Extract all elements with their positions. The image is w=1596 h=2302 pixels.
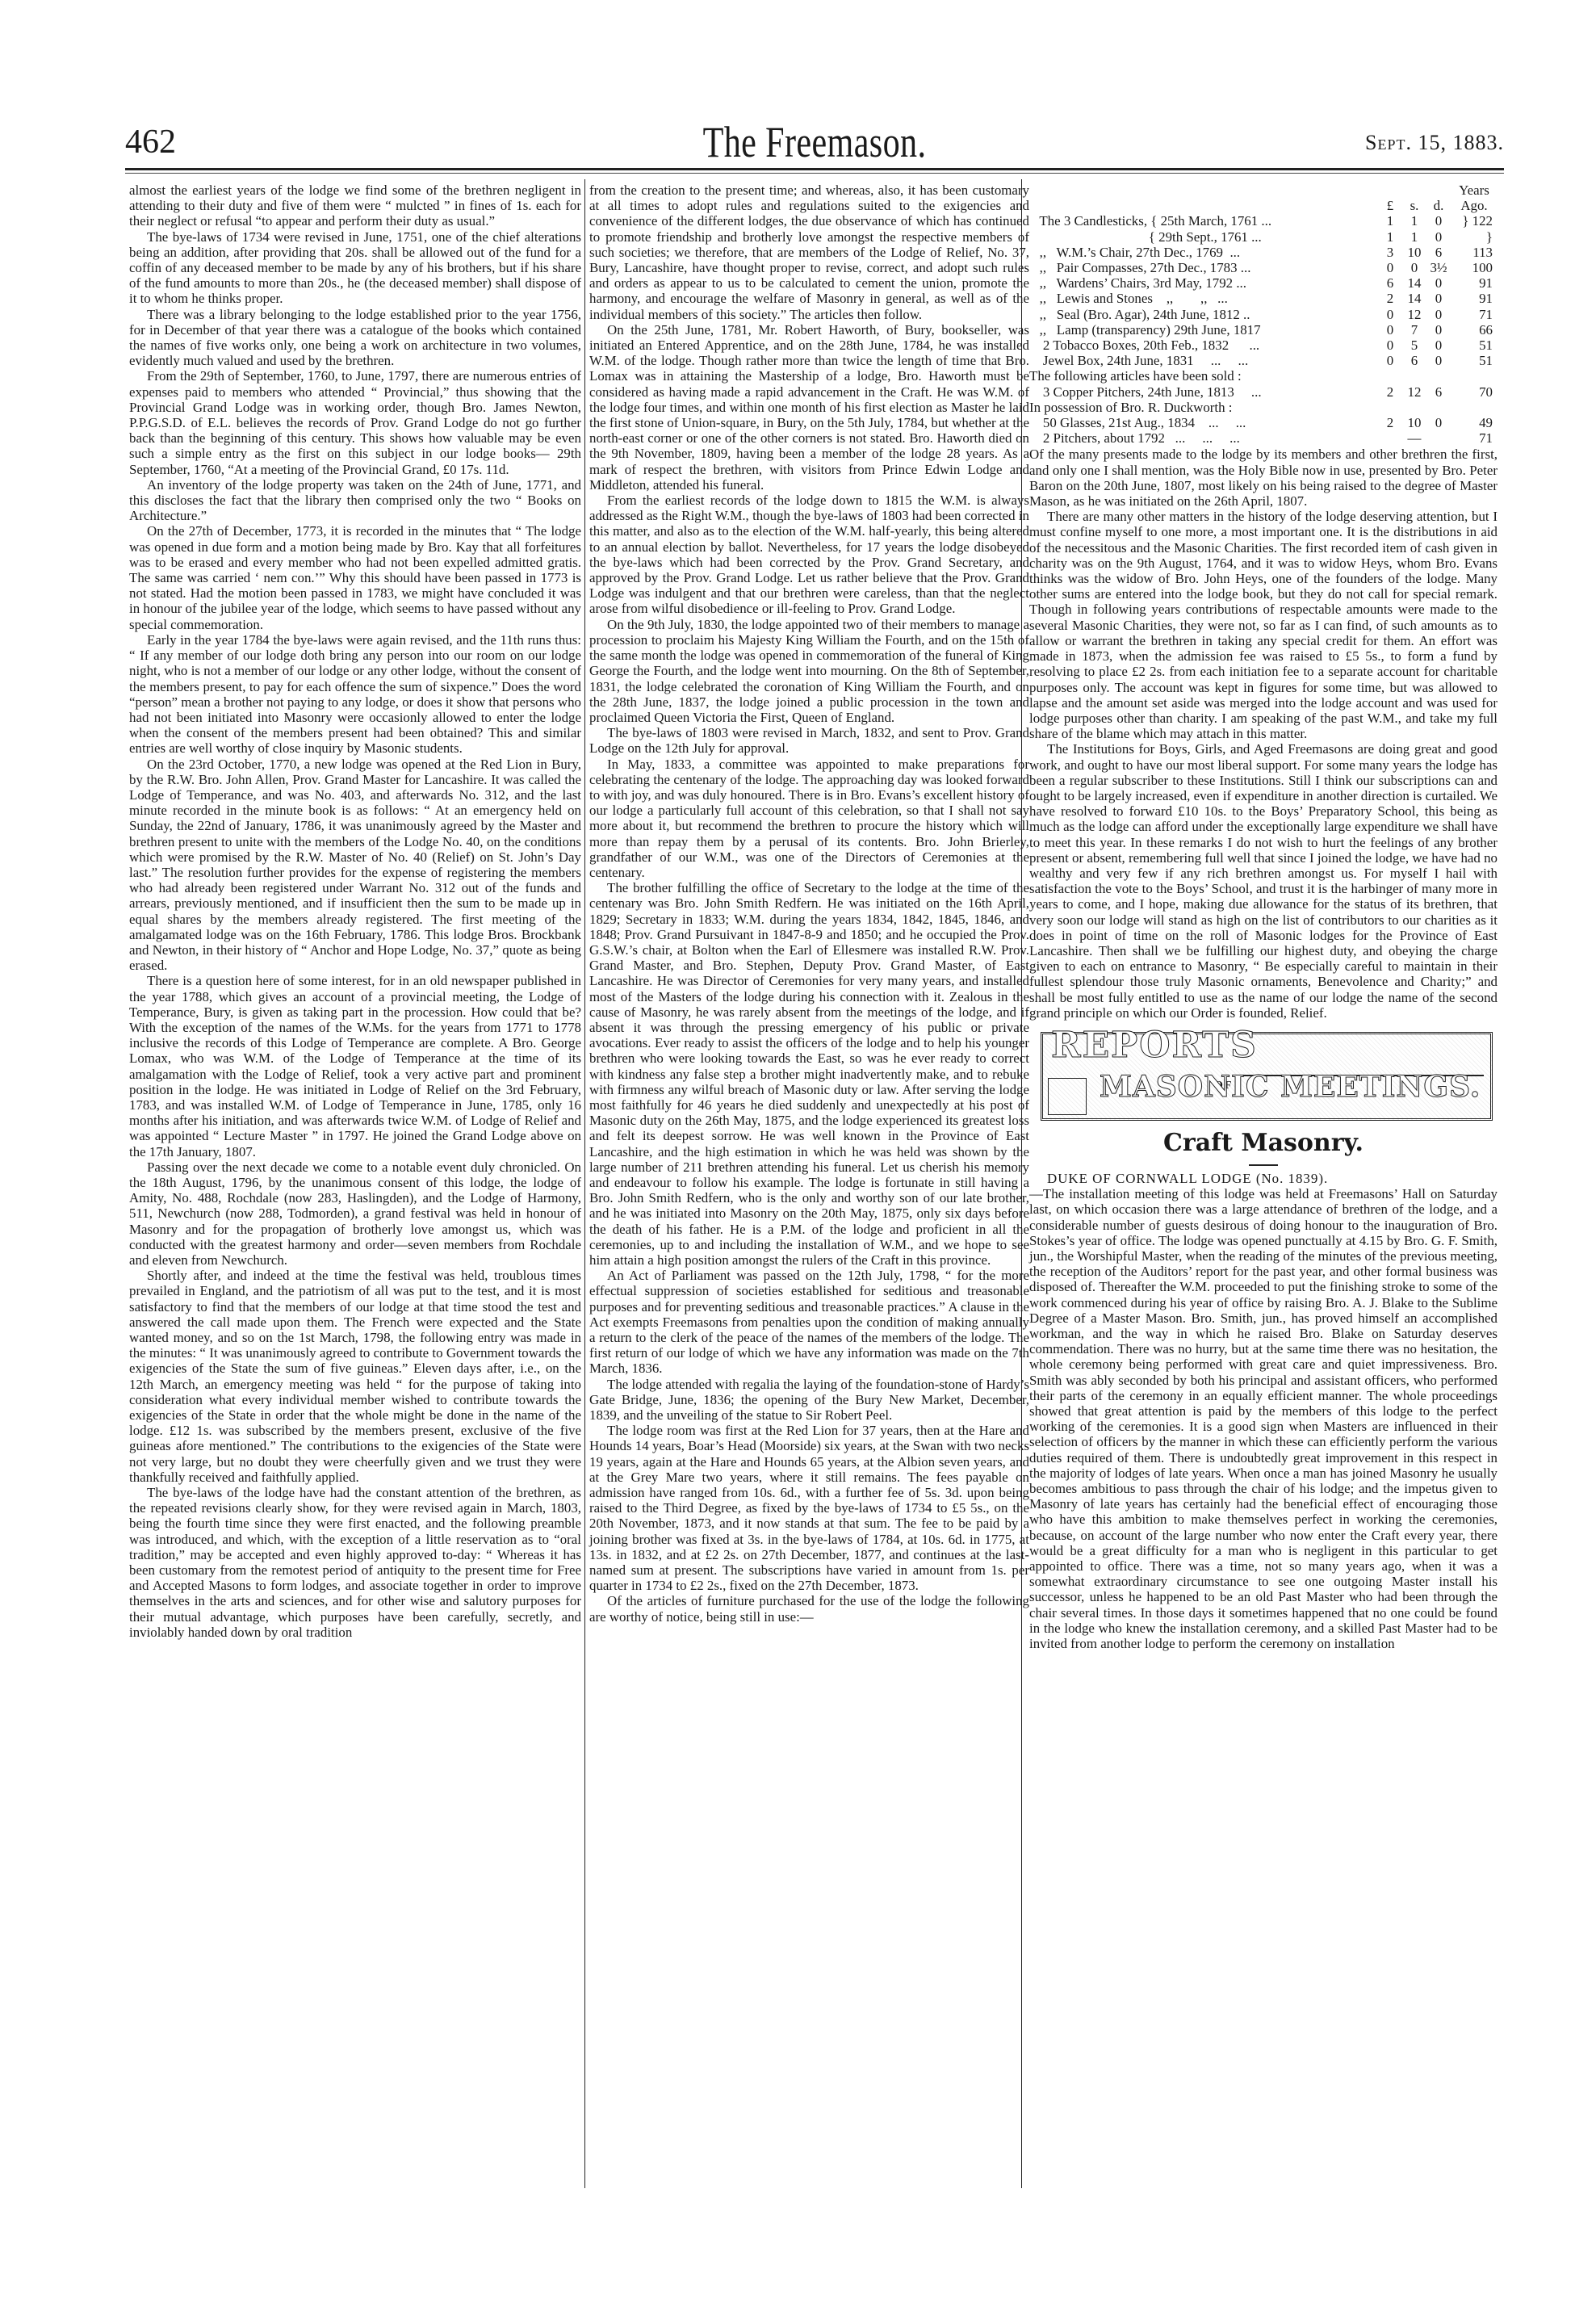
paragraph: The lodge attended with regalia the layi… (589, 1377, 1029, 1424)
years-cell: 66 (1451, 322, 1498, 338)
pence-cell: 0 (1426, 291, 1451, 306)
pence-cell: 0 (1426, 213, 1451, 229)
ago-header: Ago. (1451, 198, 1498, 213)
item-cell: 2 Tobacco Boxes, 20th Feb., 1832 ... (1029, 338, 1378, 353)
item-cell: 3 Copper Pitchers, 24th June, 1813 ... (1029, 384, 1378, 400)
table-row: ,, W.M.’s Chair, 27th Dec., 1769 ...3106… (1029, 245, 1498, 260)
compass-ornament-icon (1048, 1078, 1087, 1115)
table-row: Jewel Box, 24th June, 1831 ... ...06051 (1029, 353, 1498, 368)
pounds-cell: 2 (1378, 384, 1402, 400)
pounds-cell: 2 (1378, 415, 1402, 430)
item-cell: { 29th Sept., 1761 ... (1029, 229, 1378, 245)
masthead-rule (125, 168, 1504, 170)
paragraph: In May, 1833, a committee was appointed … (589, 757, 1029, 881)
years-cell: 51 (1451, 338, 1498, 353)
table-row: 2 Pitchers, about 1792 ... ... ...—71 (1029, 430, 1498, 446)
column-2: from the creation to the present time; a… (589, 182, 1029, 1625)
shillings-cell: 1 (1402, 229, 1426, 245)
column-1: almost the earliest years of the lodge w… (129, 182, 581, 1640)
heading-rule (1249, 1164, 1278, 1166)
pence-cell: 0 (1426, 338, 1451, 353)
issue-date: Sept. 15, 1883. (1365, 131, 1504, 155)
shillings-cell: 5 (1402, 338, 1426, 353)
banner-line-1: REPORTS (1051, 1038, 1258, 1053)
paragraph: On the 23rd October, 1770, a new lodge w… (129, 757, 581, 974)
pounds-cell: 0 (1378, 307, 1402, 322)
masthead: 462 The Freemason. Sept. 15, 1883. (125, 121, 1504, 163)
item-cell: ,, Lewis and Stones ,, ,, ... (1029, 291, 1378, 306)
table-row: { 29th Sept., 1761 ...110} (1029, 229, 1498, 245)
reports-of-masonic-meetings-banner: REPORTS OF MASONIC MEETINGS. (1041, 1032, 1493, 1121)
pounds-cell: 0 (1378, 353, 1402, 368)
item-cell: ,, Wardens’ Chairs, 3rd May, 1792 ... (1029, 275, 1378, 291)
masthead-rule-thin (125, 173, 1504, 174)
pence-cell: 0 (1426, 322, 1451, 338)
shillings-cell: — (1402, 430, 1426, 446)
pounds-cell: 0 (1378, 260, 1402, 275)
paragraph: Of the articles of furniture purchased f… (589, 1593, 1029, 1624)
pounds-cell: 1 (1378, 213, 1402, 229)
table-row: ,, Pair Compasses, 27th Dec., 1783 ...00… (1029, 260, 1498, 275)
table-row: ,, Lamp (transparency) 29th June, 181707… (1029, 322, 1498, 338)
pence-cell: 0 (1426, 275, 1451, 291)
shillings-header: s. (1402, 198, 1426, 213)
lodge-heading: DUKE OF CORNWALL LODGE (No. 1839). (1029, 1171, 1498, 1186)
shillings-cell: 7 (1402, 322, 1426, 338)
pence-cell: 0 (1426, 415, 1451, 430)
years-cell: 70 (1451, 384, 1498, 400)
years-cell: 51 (1451, 353, 1498, 368)
paragraph: There is a question here of some interes… (129, 973, 581, 1159)
pence-cell: 0 (1426, 353, 1451, 368)
item-cell: 50 Glasses, 21st Aug., 1834 ... ... (1029, 415, 1378, 430)
paragraph: The bye-laws of 1734 were revised in Jun… (129, 229, 581, 307)
newspaper-title: The Freemason. (277, 120, 1352, 165)
pence-header: d. (1426, 198, 1451, 213)
pounds-cell: 0 (1378, 322, 1402, 338)
pence-cell (1426, 430, 1451, 446)
pounds-cell: 2 (1378, 291, 1402, 306)
pounds-cell: 1 (1378, 229, 1402, 245)
years-cell: 100 (1451, 260, 1498, 275)
possession-heading: In possession of Bro. R. Duckworth : (1029, 400, 1498, 415)
pence-cell: 0 (1426, 307, 1451, 322)
years-cell: } 122 (1451, 213, 1498, 229)
furniture-inventory-table: Years £ s. d. Ago. The 3 Candlesticks, {… (1029, 182, 1498, 446)
pounds-cell (1378, 430, 1402, 446)
column-divider (584, 179, 585, 2188)
pounds-cell: 6 (1378, 275, 1402, 291)
shillings-cell: 10 (1402, 415, 1426, 430)
years-cell: 113 (1451, 245, 1498, 260)
pounds-cell: 3 (1378, 245, 1402, 260)
pence-cell: 3½ (1426, 260, 1451, 275)
paragraph: Passing over the next decade we come to … (129, 1159, 581, 1268)
pounds-header: £ (1378, 198, 1402, 213)
shillings-cell: 10 (1402, 245, 1426, 260)
item-cell: ,, W.M.’s Chair, 27th Dec., 1769 ... (1029, 245, 1378, 260)
shillings-cell: 12 (1402, 384, 1426, 400)
table-row: ,, Seal (Bro. Agar), 24th June, 1812 ..0… (1029, 307, 1498, 322)
item-cell: Jewel Box, 24th June, 1831 ... ... (1029, 353, 1378, 368)
paragraph: From the 29th of September, 1760, to Jun… (129, 368, 581, 476)
paragraph: The bye-laws of 1803 were revised in Mar… (589, 725, 1029, 756)
shillings-cell: 14 (1402, 275, 1426, 291)
years-cell: 71 (1451, 307, 1498, 322)
shillings-cell: 12 (1402, 307, 1426, 322)
shillings-cell: 1 (1402, 213, 1426, 229)
paragraph: On the 27th of December, 1773, it is rec… (129, 523, 581, 631)
paragraph: There are many other matters in the hist… (1029, 509, 1498, 741)
years-cell: 71 (1451, 430, 1498, 446)
years-cell: 91 (1451, 291, 1498, 306)
lodge-report: —The installation meeting of this lodge … (1029, 1186, 1498, 1651)
years-cell: 91 (1451, 275, 1498, 291)
paragraph: almost the earliest years of the lodge w… (129, 182, 581, 229)
pence-cell: 0 (1426, 229, 1451, 245)
banner-line-2: MASONIC MEETINGS. (1100, 1080, 1481, 1095)
item-cell: ,, Lamp (transparency) 29th June, 1817 (1029, 322, 1378, 338)
table-row: ,, Lewis and Stones ,, ,, ...214091 (1029, 291, 1498, 306)
paragraph: Early in the year 1784 the bye-laws were… (129, 632, 581, 757)
item-cell: 2 Pitchers, about 1792 ... ... ... (1029, 430, 1378, 446)
years-header: Years (1451, 182, 1498, 198)
paragraph: Of the many presents made to the lodge b… (1029, 447, 1498, 509)
paragraph: from the creation to the present time; a… (589, 182, 1029, 322)
years-cell: 49 (1451, 415, 1498, 430)
pence-cell: 6 (1426, 245, 1451, 260)
section-heading: Craft Masonry. (1029, 1127, 1498, 1159)
paragraph: There was a library belonging to the lod… (129, 307, 581, 369)
paragraph: The Institutions for Boys, Girls, and Ag… (1029, 741, 1498, 1021)
column-3: Years £ s. d. Ago. The 3 Candlesticks, {… (1029, 182, 1498, 1651)
paragraph: An Act of Parliament was passed on the 1… (589, 1268, 1029, 1376)
paragraph: The brother fulfilling the office of Sec… (589, 880, 1029, 1268)
item-cell: The 3 Candlesticks, { 25th March, 1761 .… (1029, 213, 1378, 229)
paragraph: Shortly after, and indeed at the time th… (129, 1268, 581, 1485)
paragraph: On the 25th June, 1781, Mr. Robert Hawor… (589, 322, 1029, 493)
table-row: 3 Copper Pitchers, 24th June, 1813 ...21… (1029, 384, 1498, 400)
paragraph: On the 9th July, 1830, the lodge appoint… (589, 617, 1029, 725)
sold-heading: The following articles have been sold : (1029, 368, 1498, 384)
paragraph: From the earliest records of the lodge d… (589, 493, 1029, 617)
shillings-cell: 0 (1402, 260, 1426, 275)
page-number: 462 (125, 121, 176, 163)
shillings-cell: 14 (1402, 291, 1426, 306)
table-row: 50 Glasses, 21st Aug., 1834 ... ...21004… (1029, 415, 1498, 430)
paragraph: An inventory of the lodge property was t… (129, 477, 581, 524)
pence-cell: 6 (1426, 384, 1451, 400)
item-cell: ,, Seal (Bro. Agar), 24th June, 1812 .. (1029, 307, 1378, 322)
item-cell: ,, Pair Compasses, 27th Dec., 1783 ... (1029, 260, 1378, 275)
shillings-cell: 6 (1402, 353, 1426, 368)
paragraph: The bye-laws of the lodge have had the c… (129, 1485, 581, 1640)
pounds-cell: 0 (1378, 338, 1402, 353)
table-row: 2 Tobacco Boxes, 20th Feb., 1832 ...0505… (1029, 338, 1498, 353)
table-row: ,, Wardens’ Chairs, 3rd May, 1792 ...614… (1029, 275, 1498, 291)
column-3-article: Of the many presents made to the lodge b… (1029, 447, 1498, 1021)
report-paragraph: —The installation meeting of this lodge … (1029, 1186, 1498, 1651)
table-row: The 3 Candlesticks, { 25th March, 1761 .… (1029, 213, 1498, 229)
years-cell: } (1451, 229, 1498, 245)
paragraph: The lodge room was first at the Red Lion… (589, 1423, 1029, 1593)
